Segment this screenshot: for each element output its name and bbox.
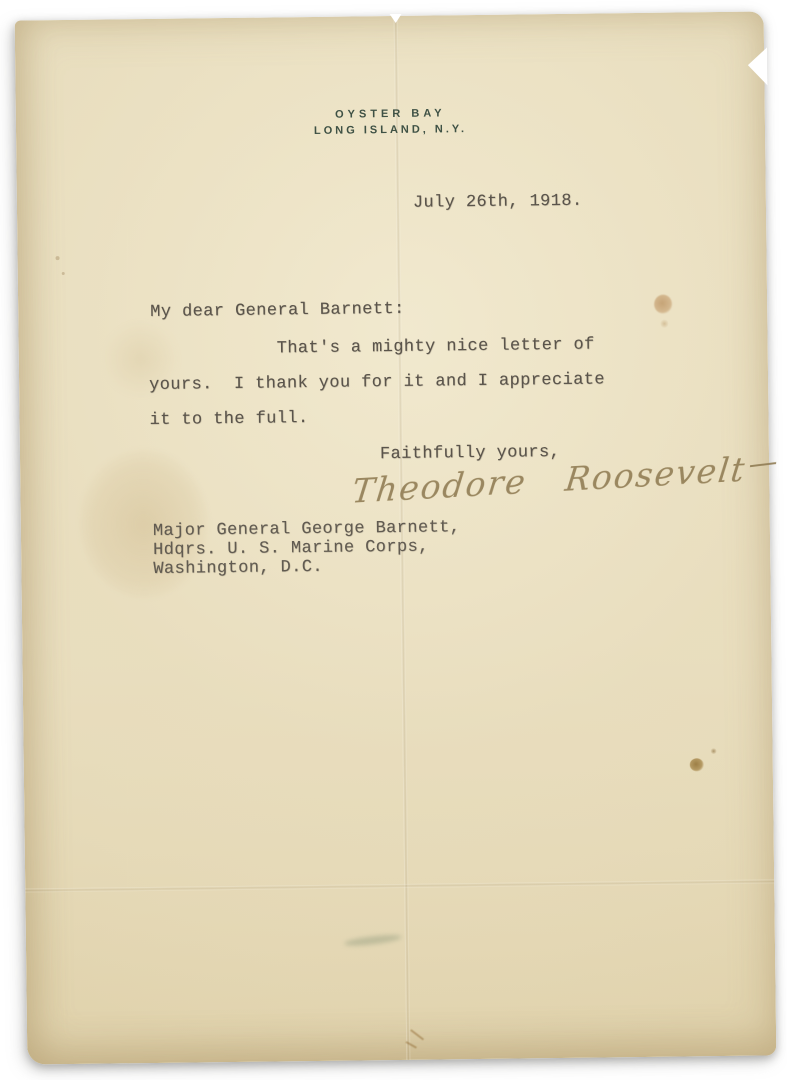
stain [690, 758, 704, 771]
horizontal-fold-crease [25, 879, 774, 892]
foxing-speck [56, 256, 60, 260]
ink-streak [410, 1029, 424, 1040]
recipient-line-3: Washington, D.C. [153, 558, 323, 579]
recipient-line-2: Hdqrs. U. S. Marine Corps, [153, 538, 429, 560]
body-line-2: yours. I thank you for it and I apprecia… [149, 370, 605, 395]
stain [654, 295, 672, 314]
torn-edge-notch [745, 47, 767, 85]
letter-photo: OYSTER BAY LONG ISLAND, N.Y. July 26th, … [0, 0, 787, 1080]
top-fold-cut [390, 14, 402, 23]
date-line: July 26th, 1918. [413, 192, 583, 213]
letter-paper: OYSTER BAY LONG ISLAND, N.Y. July 26th, … [15, 11, 777, 1064]
foxing-speck [62, 272, 65, 275]
signature-flourish-stroke [750, 462, 776, 467]
body-line-3: it to the full. [149, 409, 308, 430]
letterhead: OYSTER BAY LONG ISLAND, N.Y. [16, 103, 765, 140]
salutation: My dear General Barnett: [150, 300, 405, 322]
stain [711, 748, 717, 754]
stain [660, 319, 668, 329]
body-line-1: That's a mighty nice letter of [277, 336, 595, 359]
pencil-smudge [344, 933, 403, 948]
